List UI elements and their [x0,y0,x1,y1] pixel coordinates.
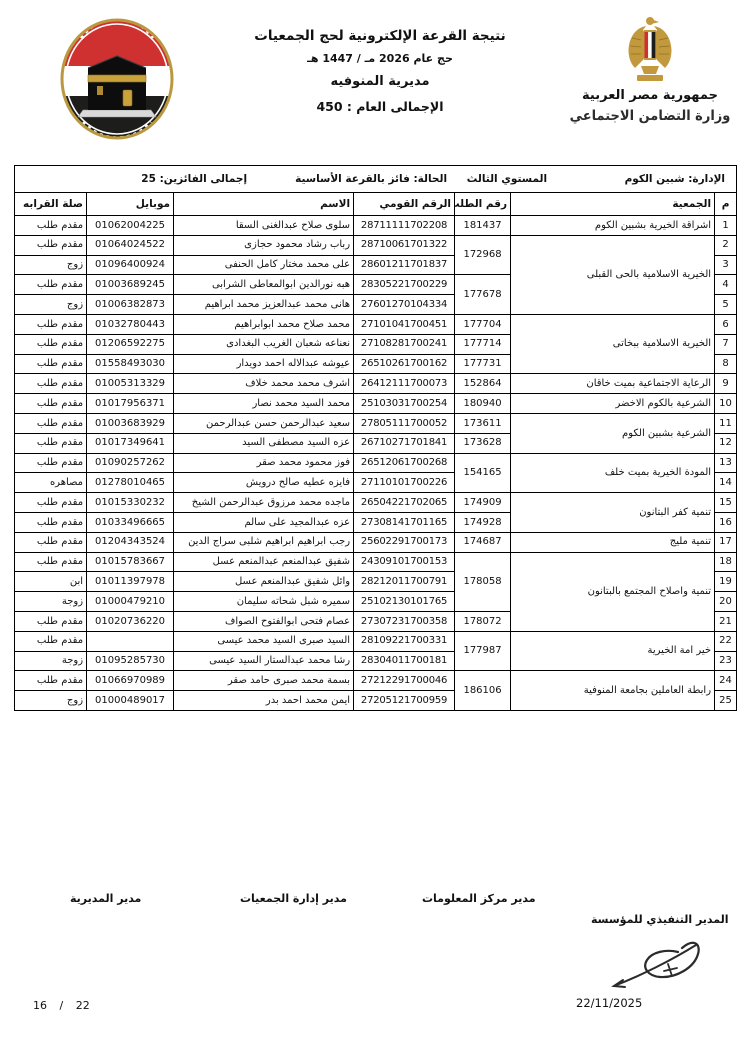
ministry-name-calligraphy: وزارة التضامن الاجتماعي [565,109,735,125]
info-row: الإدارة: شبين الكوم المستوي الثالث الحال… [15,166,737,193]
handwritten-signature [602,932,702,998]
relation-cell: مقدم طلب [15,493,87,513]
row-serial-cell: 7 [715,334,737,354]
mobile-number-cell: 01095285730 [87,651,174,671]
national-id-cell: 27108281700241 [354,334,455,354]
col-header-name: الاسم [174,193,354,216]
mobile-number-cell: 01066970989 [87,671,174,691]
mobile-number-cell: 01006382873 [87,295,174,315]
national-id-cell: 26510261700162 [354,354,455,374]
relation-cell: زوج [15,255,87,275]
mobile-number-cell: 01003683929 [87,413,174,433]
mobile-number-cell: 01000479210 [87,592,174,612]
row-serial-cell: 15 [715,493,737,513]
association-cell: خير امة الخيرية [511,631,715,671]
relation-cell: مقدم طلب [15,552,87,572]
request-number-cell: 174928 [455,512,511,532]
applicant-name-cell: وائل شفيق عبدالمنعم عسل [174,572,354,592]
applicant-name-cell: عزه عبدالمجيد على سالم [174,512,354,532]
table-row: 17تنمية مليج17468725602291700173رجب ابرا… [15,532,737,552]
relation-cell: مقدم طلب [15,453,87,473]
col-header-association: الجمعية [511,193,715,216]
row-serial-cell: 12 [715,433,737,453]
national-id-cell: 25102130101765 [354,592,455,612]
applicant-name-cell: سلوى صلاح عبدالغنى السقا [174,216,354,236]
applicant-name-cell: عيوشه عبدالاله احمد دويدار [174,354,354,374]
relation-cell: مقدم طلب [15,235,87,255]
association-cell: الخيرية الاسلامية ببخاتى [511,314,715,373]
table-row: 1اشراقة الخيرية بشبين الكوم1814372871111… [15,216,737,236]
document-title-block: نتيجة القرعة الإلكترونية لحج الجمعيات حج… [195,28,565,114]
association-cell: تنمية كفر البتانون [511,493,715,533]
mobile-number-cell: 01204343524 [87,532,174,552]
row-serial-cell: 5 [715,295,737,315]
republic-name: جمهورية مصر العربية [565,88,735,103]
request-number-cell: 178058 [455,552,511,611]
col-header-national-id: الرقم القومي [354,193,455,216]
national-id-cell: 25602291700173 [354,532,455,552]
applicant-name-cell: شفيق عبدالمنعم عبدالمنعم عسل [174,552,354,572]
mobile-number-cell: 01011397978 [87,572,174,592]
applicant-name-cell: السيد صبرى السيد محمد عيسى [174,631,354,651]
national-id-cell: 28710061701322 [354,235,455,255]
request-number-cell: 173628 [455,433,511,453]
mobile-number-cell [87,631,174,651]
row-serial-cell: 1 [715,216,737,236]
signature-label-information-center-manager: مدير مركز المعلومات [422,892,536,905]
relation-cell: مقدم طلب [15,512,87,532]
relation-cell: مقدم طلب [15,394,87,414]
relation-cell: مصاهره [15,473,87,493]
national-id-cell: 25103031700254 [354,394,455,414]
row-serial-cell: 2 [715,235,737,255]
mobile-number-cell: 01206592275 [87,334,174,354]
applicant-name-cell: رباب رشاد محمود حجازى [174,235,354,255]
mobile-number-cell: 01005313329 [87,374,174,394]
page-total: 22 [76,999,90,1012]
relation-cell: مقدم طلب [15,611,87,631]
request-number-cell: 180940 [455,394,511,414]
table-row: 11الشرعية بشبين الكوم1736112780511170005… [15,413,737,433]
row-serial-cell: 17 [715,532,737,552]
mobile-number-cell: 01017349641 [87,433,174,453]
applicant-name-cell: فايزه عطيه صالح درويش [174,473,354,493]
document-page: نتيجة القرعة الإلكترونية لحج الجمعيات حج… [0,0,750,1061]
national-id-cell: 28304011700181 [354,651,455,671]
relation-cell: مقدم طلب [15,334,87,354]
applicant-name-cell: رشا محمد عبدالستار السيد عيسى [174,651,354,671]
relation-cell: مقدم طلب [15,631,87,651]
table-row: 18تنمية واصلاح المجتمع بالبتانون17805824… [15,552,737,572]
table-row: 13المودة الخيرية بميت خلف154165265120617… [15,453,737,473]
relation-cell: مقدم طلب [15,433,87,453]
relation-cell: مقدم طلب [15,671,87,691]
col-header-serial: م [715,193,737,216]
page-separator: / [60,999,64,1012]
applicant-name-cell: محمد صلاح محمد ابوابراهيم [174,314,354,334]
relation-cell: زوج [15,691,87,711]
relation-cell: ابن [15,572,87,592]
national-id-cell: 28305221700229 [354,275,455,295]
association-cell: رابطة العاملين بجامعة المنوفية [511,671,715,711]
row-serial-cell: 20 [715,592,737,612]
mobile-number-cell: 01062004225 [87,216,174,236]
info-level: المستوي الثالث [455,173,555,185]
mobile-number-cell: 01015330232 [87,493,174,513]
request-number-cell: 178072 [455,611,511,631]
results-table: الإدارة: شبين الكوم المستوي الثالث الحال… [14,165,737,711]
row-serial-cell: 21 [715,611,737,631]
applicant-name-cell: بسمة محمد صبرى حامد صقر [174,671,354,691]
request-number-cell: 177731 [455,354,511,374]
info-winners-total: إجمالى الفائزين: 25 [18,173,255,185]
applicant-name-cell: نعناعه شعبان الغريب البغدادى [174,334,354,354]
row-serial-cell: 19 [715,572,737,592]
request-number-cell: 177704 [455,314,511,334]
row-serial-cell: 22 [715,631,737,651]
page-current: 16 [33,999,47,1012]
association-cell: الخيرية الاسلامية بالحى القبلى [511,235,715,314]
mobile-number-cell: 01032780443 [87,314,174,334]
mobile-number-cell: 01020736220 [87,611,174,631]
state-emblem-block: جمهورية مصر العربية وزارة التضامن الاجتم… [565,14,735,124]
national-id-cell: 27307231700358 [354,611,455,631]
relation-cell: مقدم طلب [15,413,87,433]
relation-cell: زوج [15,295,87,315]
column-header-row: م الجمعية رقم الطلب الرقم القومي الاسم م… [15,193,737,216]
relation-cell: زوجة [15,651,87,671]
national-id-cell: 27205121700959 [354,691,455,711]
request-number-cell: 174909 [455,493,511,513]
mobile-number-cell: 01017956371 [87,394,174,414]
association-cell: المودة الخيرية بميت خلف [511,453,715,493]
signature-label-directorate-manager: مدير المديرية [70,892,141,905]
mobile-number-cell: 01064024522 [87,235,174,255]
national-id-cell: 28212011700791 [354,572,455,592]
row-serial-cell: 3 [715,255,737,275]
table-row: 6الخيرية الاسلامية ببخاتى177704271010417… [15,314,737,334]
mobile-number-cell: 01000489017 [87,691,174,711]
results-table-body: 1اشراقة الخيرية بشبين الكوم1814372871111… [15,216,737,711]
applicant-name-cell: سعيد عبدالرحمن حسن عبدالرحمن [174,413,354,433]
national-id-cell: 26504221702065 [354,493,455,513]
association-cell: تنمية واصلاح المجتمع بالبتانون [511,552,715,631]
page-number: 16 / 22 [33,999,99,1012]
table-row: 9الرعاية الاجتماعية بميت خاقان1528642641… [15,374,737,394]
mobile-number-cell: 01096400924 [87,255,174,275]
mobile-number-cell: 01033496665 [87,512,174,532]
mobile-number-cell: 01558493030 [87,354,174,374]
row-serial-cell: 4 [715,275,737,295]
signature-label-associations-admin-manager: مدير إدارة الجمعيات [240,892,347,905]
association-cell: الرعاية الاجتماعية بميت خاقان [511,374,715,394]
signature-label-executive-director: المدير التنفيذي للمؤسسة [591,913,729,926]
association-cell: الشرعية بالكوم الاخضر [511,394,715,414]
mobile-number-cell: 01015783667 [87,552,174,572]
association-cell: تنمية مليج [511,532,715,552]
applicant-name-cell: فوز محمود محمد صقر [174,453,354,473]
row-serial-cell: 11 [715,413,737,433]
table-row: 24رابطة العاملين بجامعة المنوفية18610627… [15,671,737,691]
row-serial-cell: 18 [715,552,737,572]
national-id-cell: 28601211701837 [354,255,455,275]
applicant-name-cell: محمد السيد محمد نصار [174,394,354,414]
applicant-name-cell: عزه السيد مصطفى السيد [174,433,354,453]
row-serial-cell: 23 [715,651,737,671]
request-number-cell: 154165 [455,453,511,493]
applicant-name-cell: هانى محمد عبدالعزيز محمد ابراهيم [174,295,354,315]
directorate-line: مديرية المنوفيه [195,74,565,89]
relation-cell: مقدم طلب [15,374,87,394]
national-id-cell: 28109221700331 [354,631,455,651]
request-number-cell: 177987 [455,631,511,671]
applicant-name-cell: رجب ابراهيم ابراهيم شلبى سراج الدين [174,532,354,552]
national-id-cell: 24309101700153 [354,552,455,572]
relation-cell: زوجة [15,592,87,612]
mobile-number-cell: 01003689245 [87,275,174,295]
row-serial-cell: 8 [715,354,737,374]
national-id-cell: 26412111700073 [354,374,455,394]
mobile-number-cell: 01278010465 [87,473,174,493]
request-number-cell: 173611 [455,413,511,433]
egypt-eagle-icon [565,14,735,84]
kaaba-emblem-graphic [57,16,177,142]
info-department: الإدارة: شبين الكوم [555,173,733,185]
row-serial-cell: 16 [715,512,737,532]
applicant-name-cell: اشرف محمد محمد خلاف [174,374,354,394]
national-id-cell: 27308141701165 [354,512,455,532]
col-header-request-no: رقم الطلب [455,193,511,216]
applicant-name-cell: سميره شبل شحاته سليمان [174,592,354,612]
row-serial-cell: 6 [715,314,737,334]
applicant-name-cell: ماجده محمد مرزوق عبدالرحمن الشيخ [174,493,354,513]
applicant-name-cell: على محمد مختار كامل الحنفى [174,255,354,275]
request-number-cell: 174687 [455,532,511,552]
request-number-cell: 152864 [455,374,511,394]
grand-total-line: الإجمالى العام : 450 [195,99,565,114]
hajj-year-line: حج عام 2026 مـ / 1447 هـ [195,52,565,65]
national-id-cell: 27601270104334 [354,295,455,315]
table-row: 22خير امة الخيرية17798728109221700331الس… [15,631,737,651]
relation-cell: مقدم طلب [15,275,87,295]
relation-cell: مقدم طلب [15,314,87,334]
relation-cell: مقدم طلب [15,216,87,236]
request-number-cell: 181437 [455,216,511,236]
row-serial-cell: 24 [715,671,737,691]
row-serial-cell: 13 [715,453,737,473]
request-number-cell: 177678 [455,275,511,315]
table-row: 15تنمية كفر البتانون17490926504221702065… [15,493,737,513]
applicant-name-cell: هبه نورالدين ابوالمعاطى الشرابى [174,275,354,295]
national-id-cell: 27101041700451 [354,314,455,334]
row-serial-cell: 10 [715,394,737,414]
national-id-cell: 27805111700052 [354,413,455,433]
national-id-cell: 27110101700226 [354,473,455,493]
national-id-cell: 26710271701841 [354,433,455,453]
row-serial-cell: 14 [715,473,737,493]
table-row: 10الشرعية بالكوم الاخضر18094025103031700… [15,394,737,414]
hajj-kaaba-emblem-logo [57,16,177,142]
national-id-cell: 26512061700268 [354,453,455,473]
national-id-cell: 28711111702208 [354,216,455,236]
request-number-cell: 177714 [455,334,511,354]
applicant-name-cell: عصام فتحى ابوالفتوح الصواف [174,611,354,631]
page-title: نتيجة القرعة الإلكترونية لحج الجمعيات [195,28,565,44]
national-id-cell: 27212291700046 [354,671,455,691]
row-serial-cell: 25 [715,691,737,711]
mobile-number-cell: 01090257262 [87,453,174,473]
applicant-name-cell: ايمن محمد احمد بدر [174,691,354,711]
relation-cell: مقدم طلب [15,354,87,374]
relation-cell: مقدم طلب [15,532,87,552]
info-status: الحالة: فائز بالقرعة الأساسية [255,173,455,185]
association-cell: اشراقة الخيرية بشبين الكوم [511,216,715,236]
association-cell: الشرعية بشبين الكوم [511,413,715,453]
request-number-cell: 186106 [455,671,511,711]
table-row: 2الخيرية الاسلامية بالحى القبلى172968287… [15,235,737,255]
col-header-mobile: موبايل [87,193,174,216]
request-number-cell: 172968 [455,235,511,275]
document-date: 22/11/2025 [576,996,642,1010]
col-header-relation: صلة القرابه [15,193,87,216]
row-serial-cell: 9 [715,374,737,394]
